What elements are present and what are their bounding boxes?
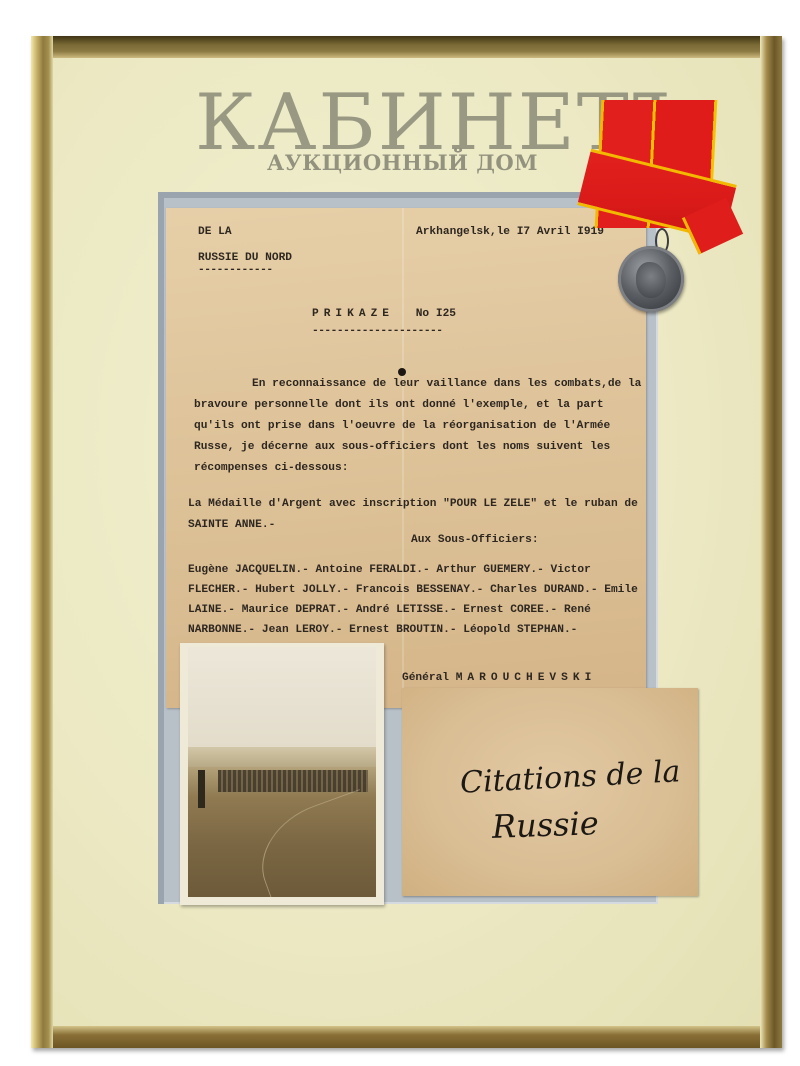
doc-signature: Général MAROUCHEVSKI (402, 672, 596, 684)
doc-header-line2: RUSSIE DU NORD (198, 252, 292, 264)
prikaze-document: DE LA RUSSIE DU NORD ------------ Arkhan… (166, 208, 646, 708)
doc-body-paragraph: En reconnaissance de leur vaillance dans… (194, 374, 644, 479)
doc-title-word: PRIKAZE (312, 308, 394, 320)
doc-signature-rank: Général (402, 672, 449, 684)
frame-left-edge (31, 36, 53, 1048)
medal-portrait-icon (636, 262, 666, 298)
photo-hill (188, 747, 376, 767)
doc-header-underline: ------------ (198, 264, 273, 276)
medal-with-ribbon (578, 96, 738, 316)
photo-officer (198, 770, 205, 808)
frame-top-edge (31, 36, 782, 58)
doc-recipients-heading: Aux Sous-Officiers: (411, 534, 539, 546)
photo-troops (218, 770, 368, 792)
envelope: Citations de la Russie (402, 688, 698, 896)
doc-signature-name: MAROUCHEVSKI (456, 672, 597, 684)
envelope-handwriting-line1: Citations de la (459, 754, 681, 800)
doc-place-date: Arkhangelsk,le I7 Avril I919 (416, 226, 604, 238)
envelope-handwriting-line2: Russie (491, 804, 599, 846)
frame-bottom-edge (31, 1026, 782, 1048)
doc-award-paragraph: La Médaille d'Argent avec inscription "P… (188, 494, 643, 536)
photo-image (188, 647, 376, 897)
doc-recipients-list: Eugène JACQUELIN.- Antoine FERALDI.- Art… (188, 560, 648, 640)
vintage-photograph (180, 643, 384, 905)
doc-title-underline: --------------------- (312, 325, 443, 337)
doc-number: No I25 (416, 308, 456, 320)
doc-title: PRIKAZE No I25 (312, 308, 456, 320)
photo-track (246, 789, 376, 897)
frame-right-edge (760, 36, 782, 1048)
doc-header-line1: DE LA (198, 226, 232, 238)
